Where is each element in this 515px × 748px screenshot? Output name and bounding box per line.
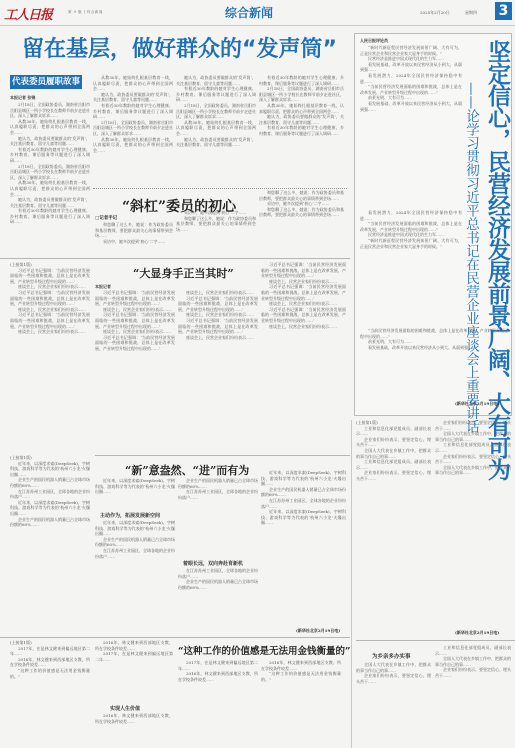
commentary-paragraph: “当前民营经济发展面临的困难和挑战，总体上是在改革发展、产业转型升级过程中出现的… [360,328,508,339]
lead-paragraph: 她认为，政协委员要做群众的‘发声筒’，关注基层教育、留守儿童等问题…… [176,75,256,86]
lead-paragraph: 2月18日，全国政协委员、湖南省岳阳市岳阳县城区一所小学校长在教师节前夕走进社区… [10,164,90,181]
story-paragraph: 习近平总书记强调：‘当前民营经济发展面临的一些困难和挑战，总体上是在改革发展、产… [10,290,90,307]
issue-date: 2025年2月20日 [420,10,450,16]
story-paragraph: 企业生产的国民机器人销量已占全球市场份额的60%…… [10,477,90,488]
lead-paragraph: 从教30年，她始终扎根基层教育一线，认真履职尽责，把群众的心声带到全国两会…… [10,180,90,197]
jiazhi-column-left: (上接第1版) 2017年，在是林文健来到偏远地区第二年…… 2016年，林文健… [10,640,90,748]
commentary-source-label: 人民日报评论员 [360,38,388,44]
story-paragraph: 习近平总书记强调：‘当前民营经济发展面临的一些困难和挑战，总体上是在改革发展、产… [178,318,258,335]
right-story-column-4: 工业和信息化部党组成员、副部长表示…… 全国人大代表在乡镇工作中，把群众的事当作… [435,645,511,748]
story-paragraph: 习近平总书记强调：‘当前民营经济发展面临的一些困难和挑战，总体上是在改革发展、产… [10,268,90,285]
story-paragraph: 习近平总书记强调：‘当前民营经济发展面临的一些困难和挑战，总体上是在改革发展、产… [95,335,175,352]
story-paragraph: 企业家们纷纷表示，要坚定信心、埋头苦干…… [435,454,511,465]
lead-headline: 留在基层，做好群众的“发声筒” [22,32,337,63]
lead-paragraph: 2月18日，全国政协委员、湖南省岳阳市岳阳县城区一所小学校长在教师节前夕走进社区… [10,102,90,119]
story-paragraph: 座谈会上，民营企业家们纷纷表示…… [178,335,258,341]
story-paragraph: 座谈会上，民营企业家们纷纷表示…… [10,329,90,335]
right-story-credit: (新华社北京2月19日电) [455,630,499,636]
issue-weekday: 星期四 [465,10,477,16]
feature-paragraph: 采访中，她多次提到‘初心’二字…… [95,239,173,245]
commentary-paragraph: “当前民营经济发展面临的困难和挑战，总体上是在改革发展、产业转型升级过程中出现的… [360,221,462,232]
commentary-paragraph: 看发展基础，改革开放以来民营经济从小到大、从弱到强…… [360,345,508,351]
story-paragraph: 近年来，以深度求索(DeepSeek)、宇树科技、游戏科学等为代表的‘杭州六小龙… [95,520,175,537]
lead-paragraph: 有着近30年教龄的她对学生心理健康、乡村教育、课后服务等议题进行了深入调研…… [259,125,344,136]
lead-paragraph: 从教30年，她始终扎根基层教育一线，认真履职尽责，把群众的心声带到全国两会…… [259,103,344,114]
jiazhi-column-1a: 2016年，林文健来到西部地区支教，所在学校条件较差…… 2017年，在是林文健… [95,640,173,700]
lead-column-1: 2月18日，全国政协委员、湖南省岳阳市岳阳县城区一所小学校长在教师节前夕走进社区… [10,102,90,250]
feature-paragraph: 和您聊了这么多，她说：作为政协委员和基层教师，要把群众最关心的事情带到会场…… [176,216,256,233]
commentary-credit: (新华社北京2月19日电) [455,401,499,407]
xinyi-subhead-1: 主动作为，拓展发展新空间 [100,512,160,519]
commentary-paragraph: 看发展潜力，2024年全国民营经济保持稳中有进…… [360,73,462,84]
story-paragraph: 工业和信息化部党组成员、副部长表示…… [435,645,511,656]
story-paragraph: 全国人大代表在乡镇工作中，把群众的事当作自己的事…… [435,656,511,667]
section-title: 综合新闻 [225,4,273,21]
lead-column-3: 她认为，政协委员要做群众的‘发声筒’，关注基层教育、留守儿童等问题…… 有着近3… [176,75,256,185]
story-paragraph: 近年来，以深度求索(DeepSeek)、宇树科技、游戏科学等为代表的‘杭州六小龙… [10,461,90,478]
commentary-title: 坚定信心，民营经济发展前景广阔、大有可为 [484,40,510,480]
jiazhi-column-3: 2016年，林文健来到西部地区支教，所在学校条件较差…… “这种工作的价值感是无… [261,660,341,748]
xinyi-column-3: 近年来，以深度求索(DeepSeek)、宇树科技、游戏科学等为代表的‘杭州六小龙… [261,470,346,626]
lead-paragraph: 她认为，政协委员要做群众的‘发声筒’，关注基层教育、留守儿童等问题…… [10,136,90,147]
story-paragraph: 企业家们纷纷表示，要坚定信心、埋头苦干…… [435,420,511,431]
feature-column-1: 和您聊了这么多，她说：作为政协委员和基层教师，要把群众最关心的事情带到会场…… … [95,222,173,254]
lead-paragraph: 从教30年，她始终扎根基层教育一线，认真履职尽责，把群众的心声带到全国两会…… [93,75,173,92]
xinyi-subhead-2: 着眼长远，双向奔赴育新机 [183,560,243,567]
story-paragraph: 习近平总书记强调：‘当前民营经济发展面临的一些困难和挑战，总体上是在改革发展、产… [95,312,175,329]
xinyi-column-1b: 近年来，以深度求索(DeepSeek)、宇树科技、游戏科学等为代表的‘杭州六小龙… [95,520,175,630]
story-paragraph: 全国人大代表在乡镇工作中，把群众的事当作自己的事…… [435,465,511,476]
section-divider [0,637,350,638]
section-divider [0,258,350,259]
story-column-2: 座谈会上，民营企业家们纷纷表示…… 习近平总书记强调：‘当前民营经济发展面临的一… [178,290,258,450]
commentary-paragraph: “当前民营经济发展面临的困难和挑战，总体上是在改革发展、产业转型升级过程中出现的… [360,84,462,95]
story-paragraph: 企业生产的国民机器人销量已占全球市场份额的60%…… [178,579,258,590]
story-paragraph: 近年来，以深度求索(DeepSeek)、宇树科技、游戏科学等为代表的‘杭州六小龙… [261,470,346,487]
story-paragraph: 在江苏苏州工业园区，全球各地的企业纷纷落户…… [95,548,175,559]
story-paragraph: 工业和信息化部党组成员、副部长表示…… [435,442,511,453]
edition-label: 第 9 版 | 综合新闻 [68,10,103,15]
feature-column-2: 采访中，她多次提到‘初心’二字…… 和您聊了这么多，她说：作为政协委员和基层教师… [176,210,256,254]
commentary-paragraph: “新时代新征程民营经济发展前景广阔、大有可为，正是民营企业和民营企业家大显身手的… [360,238,462,249]
feature-column-3: 和您聊了这么多，她说：作为政协委员和基层教师，要把群众最关心的事情带到会场…… … [259,190,344,254]
feature-paragraph: 和您聊了这么多，她说：作为政协委员和基层教师，要把群众最关心的事情带到会场…… [259,207,344,218]
story-paragraph: 2016年，林文健来到西部地区支教，所在学校条件较差…… [261,660,341,671]
story-paragraph: 企业家们纷纷表示，要坚定信心、埋头苦干…… [356,673,431,684]
commentary-paragraph: 看发展基础，改革开放以来民营经济从小到大、从弱到强…… [360,62,462,73]
column-divider [351,420,352,748]
column-badge: 代表委员履职故事 [10,75,82,89]
story-paragraph: 2017年，在是林文健来到偏远地区第二年…… [10,646,90,657]
story-paragraph: 在江苏苏州工业园区，全球各地的企业纷纷落户…… [178,568,258,579]
lead-paragraph: 她认为，政协委员要做群众的‘发声筒’，关注基层教育、留守儿童等问题…… [10,197,90,208]
story-paragraph: 习近平总书记强调：‘当前民营经济发展面临的一些困难和挑战，总体上是在改革发展、产… [261,307,346,324]
story-paragraph: 企业家们纷纷表示，要坚定信心、埋头苦干…… [356,470,431,481]
story-paragraph: 2016年，林文健来到西部地区支教，所在学校条件较差…… [10,657,90,668]
story-paragraph: 2017年，在是林文健来到偏远地区第二年…… [95,651,173,662]
section-divider [93,188,347,189]
jiazhi-column-2: 2017年，在是林文健来到偏远地区第二年…… 2016年，林文健来到西部地区支教… [178,660,258,748]
masthead: 工人日报 第 9 版 | 综合新闻 综合新闻 2025年2月20日 星期四 3 [0,0,515,26]
story-paragraph: 企业生产的国民机器人销量已占全球市场份额的60%…… [178,478,258,489]
right-story-column-2: 企业家们纷纷表示，要坚定信心、埋头苦干…… 全国人大代表在乡镇工作中，把群众的事… [435,420,511,625]
lead-paragraph: 2月18日，全国政协委员、湖南省岳阳市岳阳县城区一所小学校长在教师节前夕走进社区… [93,120,173,137]
story-paragraph: 全国人大代表在乡镇工作中，把群众的事当作自己的事…… [356,662,431,673]
story-column-3: 习近平总书记强调：‘当前民营经济发展面临的一些困难和挑战，总体上是在改革发展、产… [261,262,346,450]
xinyi-column-left: (上接第1版) 近年来，以深度求索(DeepSeek)、宇树科技、游戏科学等为代… [10,455,90,630]
commentary-column-bottom: “当前民营经济发展面临的困难和挑战，总体上是在改革发展、产业转型升级过程中出现的… [360,328,508,396]
story-headline: “大显身手正当其时” [133,265,234,281]
xinyi-column-2b: 在江苏苏州工业园区，全球各地的企业纷纷落户…… 企业生产的国民机器人销量已占全球… [178,568,258,630]
commentary-column-mid: 看发展潜力，2024年全国民营经济保持稳中有进…… “当前民营经济发展面临的困难… [360,210,462,328]
story-paragraph: 习近平总书记强调：‘当前民营经济发展面临的一些困难和挑战，总体上是在改革发展、产… [261,262,346,279]
story-column-1: 习近平总书记强调：‘当前民营经济发展面临的一些困难和挑战，总体上是在改革发展、产… [95,290,175,450]
story-paragraph: 工业和信息化部党组成员、副部长表示…… [356,459,431,470]
story-paragraph: 习近平总书记强调：‘当前民营经济发展面临的一些困难和挑战，总体上是在改革发展、产… [10,312,90,329]
xinyi-credit: (新华社北京2月19日电) [296,628,340,634]
story-paragraph: 2016年，林文健来到西部地区支教，所在学校条件较差…… [178,671,258,682]
xinyi-column-2a: 企业生产的国民机器人销量已占全球市场份额的60%…… 在江苏苏州工业园区，全球各… [178,478,258,556]
reporter-note-label: □记者手记 [95,215,117,221]
lead-column-4: 有着近30年教龄的她对学生心理健康、乡村教育、课后服务等议题进行了深入调研…… … [259,75,344,185]
feature-paragraph: 和您聊了这么多，她说：作为政协委员和基层教师，要把群众最关心的事情带到会场…… [95,222,173,239]
commentary-paragraph: 看发展基础，改革开放以来民营经济从小到大、从弱到强…… [360,101,462,112]
story-paragraph: 企业家们纷纷表示，要坚定信心、埋头苦干…… [356,437,431,448]
story-paragraph: 全国人大代表在乡镇工作中，把群众的事当作自己的事…… [356,448,431,459]
jiazhi-column-1b: 2016年，林文健来到西部地区支教，所在学校条件较差…… [95,713,173,748]
story-paragraph: 2017年，在是林文健来到偏远地区第二年…… [178,660,258,671]
lead-paragraph: 有着近30年教龄的她对学生心理健康、乡村教育、课后服务等议题进行了深入调研…… [176,86,256,103]
section-divider [356,640,515,641]
lead-paragraph: 有着近30年教龄的她对学生心理健康、乡村教育、课后服务等议题进行了深入调研…… [93,103,173,120]
lead-column-2: 从教30年，她始终扎根基层教育一线，认真履职尽责，把群众的心声带到全国两会…… … [93,75,173,185]
commentary-paragraph: “新时代新征程民营经济发展前景广阔、大有可为，正是民营企业和民营企业家大显身手的… [360,45,462,56]
lead-paragraph: 她认为，政协委员要做群众的‘发声筒’，关注基层教育、留守儿童等问题…… [259,114,344,125]
xinyi-column-1a: 近年来，以深度求索(DeepSeek)、宇树科技、游戏科学等为代表的‘杭州六小龙… [95,478,175,508]
story-paragraph: 近年来，以深度求索(DeepSeek)、宇树科技、游戏科学等为代表的‘杭州六小龙… [261,509,346,526]
story-paragraph: 全国人大代表在乡镇工作中，把群众的事当作自己的事…… [435,431,511,442]
story-paragraph: 座谈会上，民营企业家们纷纷表示…… [261,324,346,330]
feature-paragraph: 和您聊了这么多，她说：作为政协委员和基层教师，要把群众最关心的事情带到会场…… [259,190,344,201]
story-paragraph: 习近平总书记强调：‘当前民营经济发展面临的一些困难和挑战，总体上是在改革发展、产… [261,284,346,301]
story-paragraph: “这种工作的价值感是无法用金钱衡量的。” [261,671,341,682]
feature-paragraph: 采访中，她多次提到‘初心’二字…… [176,210,256,216]
story-paragraph: 习近平总书记强调：‘当前民营经济发展面临的一些困难和挑战，总体上是在改革发展、产… [95,290,175,307]
story-paragraph: 在江苏苏州工业园区，全球各地的企业纷纷落户…… [261,498,346,509]
lead-paragraph: 2月18日，全国政协委员、湖南省岳阳市岳阳县城区一所小学校长在教师节前夕走进社区… [176,103,256,120]
lead-paragraph: 有着近30年教龄的她对学生心理健康、乡村教育、课后服务等议题进行了深入调研…… [10,147,90,164]
story-paragraph: 座谈会上，民营企业家们纷纷表示…… [261,301,346,307]
right-story-headline: 为乡亲多办实事 [372,652,411,660]
commentary-paragraph: 看发展潜力，2024年全国民营经济保持稳中有进…… [360,210,462,221]
story-paragraph: 企业家们纷纷表示，要坚定信心、埋头苦干…… [435,667,511,678]
lead-paragraph: 从教30年，她始终扎根基层教育一线，认真履职尽责，把群众的心声带到全国两会…… [93,137,173,154]
story-paragraph: 在江苏苏州工业园区，全球各地的企业纷纷落户…… [10,489,90,500]
right-story-column-3: 全国人大代表在乡镇工作中，把群众的事当作自己的事…… 企业家们纷纷表示，要坚定信… [356,662,431,748]
story-paragraph: 企业生产的国民机器人销量已占全球市场份额的60%…… [95,537,175,548]
section-divider [95,455,350,456]
story-paragraph: 工业和信息化部党组成员、副部长表示…… [356,426,431,437]
story-paragraph: 座谈会上，民营企业家们纷纷表示…… [95,329,175,335]
lead-paragraph: 2月18日，全国政协委员、湖南省岳阳市岳阳县城区一所小学校长在教师节前夕走进社区… [259,86,344,103]
story-paragraph: “这种工作的价值感是无法用金钱衡量的。” [10,668,90,679]
lead-paragraph: 有着近30年教龄的她对学生心理健康、乡村教育、课后服务等议题进行了深入调研…… [259,75,344,86]
page-number-badge: 3 [495,2,512,20]
right-story-column-1: (上接第1版) 工业和信息化部党组成员、副部长表示…… 企业家们纷纷表示，要坚定… [356,420,431,625]
commentary-column-top: “新时代新征程民营经济发展前景广阔、大有可为，正是民营企业和民营企业家大显身手的… [360,45,462,210]
lead-paragraph: 她认为，政协委员要做群众的‘发声筒’，关注基层教育、留守儿童等问题…… [176,137,256,148]
story-paragraph: 在江苏苏州工业园区，全球各地的企业纷纷落户…… [178,489,258,500]
lead-paragraph: 从教30年，她始终扎根基层教育一线，认真履职尽责，把群众的心声带到全国两会…… [176,120,256,137]
lead-paragraph: 有着近30年教龄的她对学生心理健康、乡村教育、课后服务等议题进行了深入调研…… [10,208,90,225]
story-paragraph: 近年来，以深度求索(DeepSeek)、宇树科技、游戏科学等为代表的‘杭州六小龙… [95,478,175,495]
lead-byline: 本报记者 张锦 [10,95,35,101]
story-paragraph: 2016年，林文健来到西部地区支教，所在学校条件较差…… [95,713,173,724]
jiazhi-subhead: 实现人生价值 [110,705,140,712]
story-paragraph: 近年来，以深度求索(DeepSeek)、宇树科技、游戏科学等为代表的‘杭州六小龙… [10,500,90,517]
lead-paragraph: 从教30年，她始终扎根基层教育一线，认真履职尽责，把群众的心声带到全国两会…… [10,119,90,136]
story-paragraph: 2016年，林文健来到西部地区支教，所在学校条件较差…… [95,640,173,651]
newspaper-logo: 工人日报 [4,4,52,23]
jiazhi-headline: “这种工作的价值感是无法用金钱衡量的” [178,643,350,657]
lead-paragraph: 她认为，政协委员要做群众的‘发声筒’，关注基层教育、留守儿童等问题…… [93,92,173,103]
story-paragraph: 企业生产的国民机器人销量已占全球市场份额的60%…… [10,517,90,528]
story-paragraph: 习近平总书记强调：‘当前民营经济发展面临的一些困难和挑战，总体上是在改革发展、产… [178,296,258,313]
story-paragraph: 座谈会上，民营企业家们纷纷表示…… [178,290,258,296]
continued-column-left: (上接第1版) 习近平总书记强调：‘当前民营经济发展面临的一些困难和挑战，总体上… [10,262,90,452]
xinyi-headline: “新”意盎然、“进”而有为 [125,462,249,478]
story-paragraph: 企业生产的国民机器人销量已占全球市场份额的60%…… [261,487,346,498]
